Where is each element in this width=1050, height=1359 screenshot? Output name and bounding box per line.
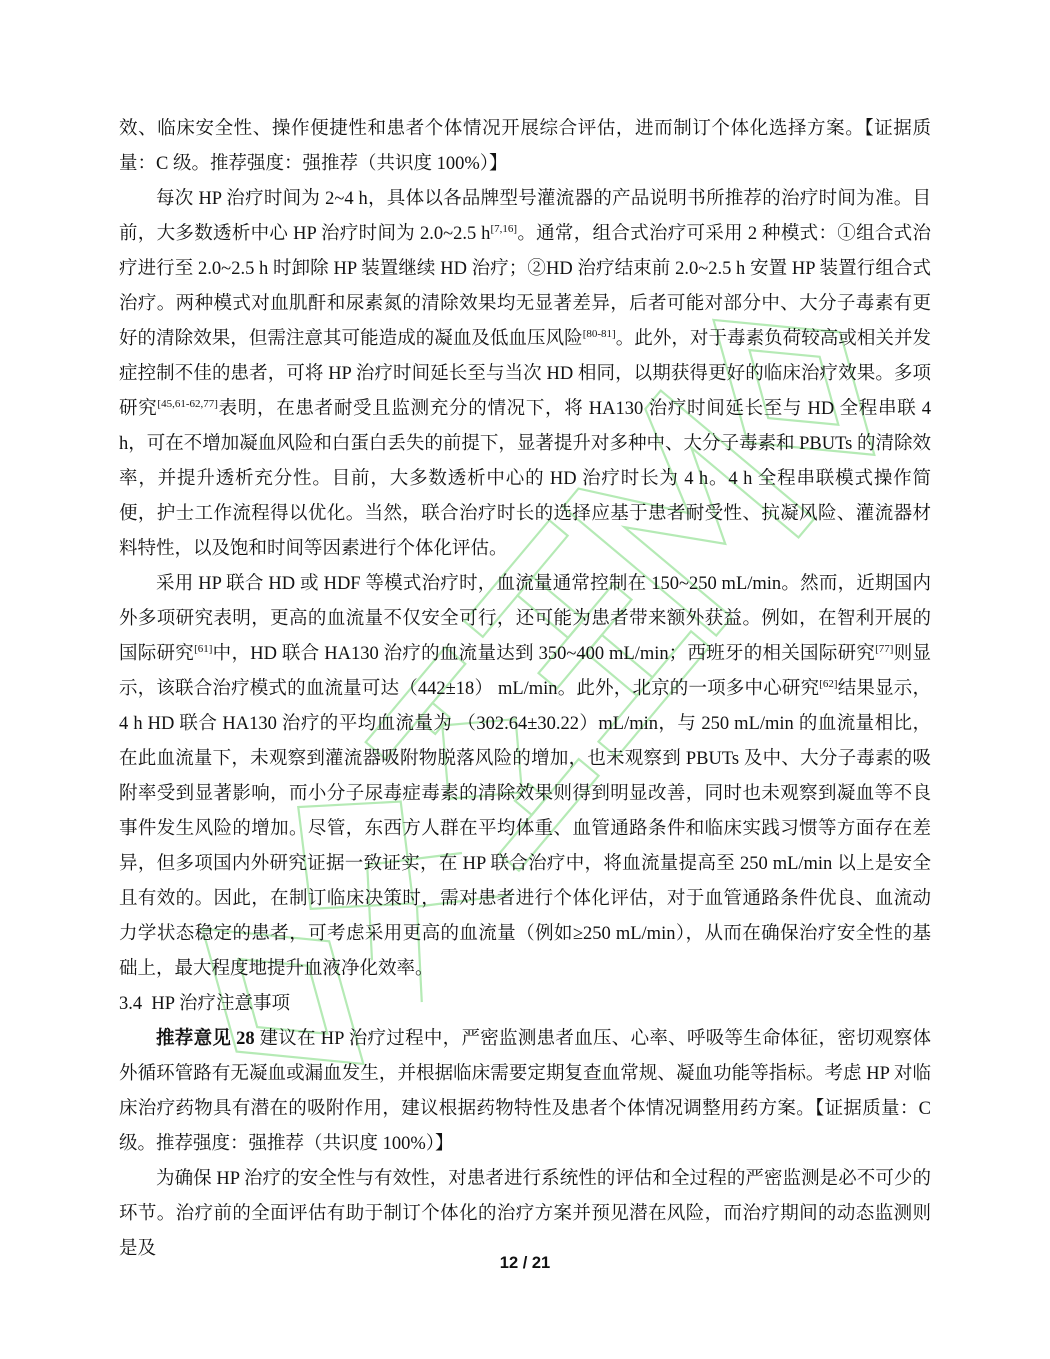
document-page: 效、临床安全性、操作便捷性和患者个体情况开展综合评估，进而制订个体化选择方案。【… <box>0 0 1050 1359</box>
text-run: 表明，在患者耐受且监测充分的情况下，将 HA130 治疗时间延长至与 HD 全程… <box>119 399 936 559</box>
text-run: 结果显示，4 h HD 联合 HA130 治疗的平均血流量为 （302.64±3… <box>119 679 931 979</box>
citation-ref: [77] <box>875 643 893 655</box>
citation-ref: [45,61-62,77] <box>157 398 218 410</box>
text-run: 为确保 HP 治疗的安全性与有效性，对患者进行系统性的评估和全过程的严密监测是必… <box>119 1169 931 1259</box>
paragraph: 每次 HP 治疗时间为 2~4 h，具体以各品牌型号灌流器的产品说明书所推荐的治… <box>119 182 931 567</box>
citation-ref: [62] <box>819 678 837 690</box>
citation-ref: [80-81] <box>583 328 616 340</box>
citation-ref: [61] <box>194 643 212 655</box>
paragraphs: 效、临床安全性、操作便捷性和患者个体情况开展综合评估，进而制订个体化选择方案。【… <box>119 112 931 1267</box>
page-number: 12 / 21 <box>500 1254 550 1272</box>
page-footer: 12 / 21 <box>0 1254 1050 1273</box>
citation-ref: [7,16] <box>490 223 517 235</box>
text-run: 3.4 HP 治疗注意事项 <box>119 994 290 1014</box>
section-heading: 3.4 HP 治疗注意事项 <box>119 987 931 1022</box>
paragraph: 效、临床安全性、操作便捷性和患者个体情况开展综合评估，进而制订个体化选择方案。【… <box>119 112 931 182</box>
text-run: 中，HD 联合 HA130 治疗的血流量达到 350~400 mL/min；西班… <box>212 644 875 664</box>
paragraph: 采用 HP 联合 HD 或 HDF 等模式治疗时，血流量通常控制在 150~25… <box>119 567 931 987</box>
recommendation-label: 推荐意见 28 <box>156 1029 255 1049</box>
text-run: 效、临床安全性、操作便捷性和患者个体情况开展综合评估，进而制订个体化选择方案。【… <box>119 119 931 174</box>
document-body: 效、临床安全性、操作便捷性和患者个体情况开展综合评估，进而制订个体化选择方案。【… <box>119 112 931 1267</box>
paragraph: 为确保 HP 治疗的安全性与有效性，对患者进行系统性的评估和全过程的严密监测是必… <box>119 1162 931 1267</box>
paragraph: 推荐意见 28 建议在 HP 治疗过程中，严密监测患者血压、心率、呼吸等生命体征… <box>119 1022 931 1162</box>
